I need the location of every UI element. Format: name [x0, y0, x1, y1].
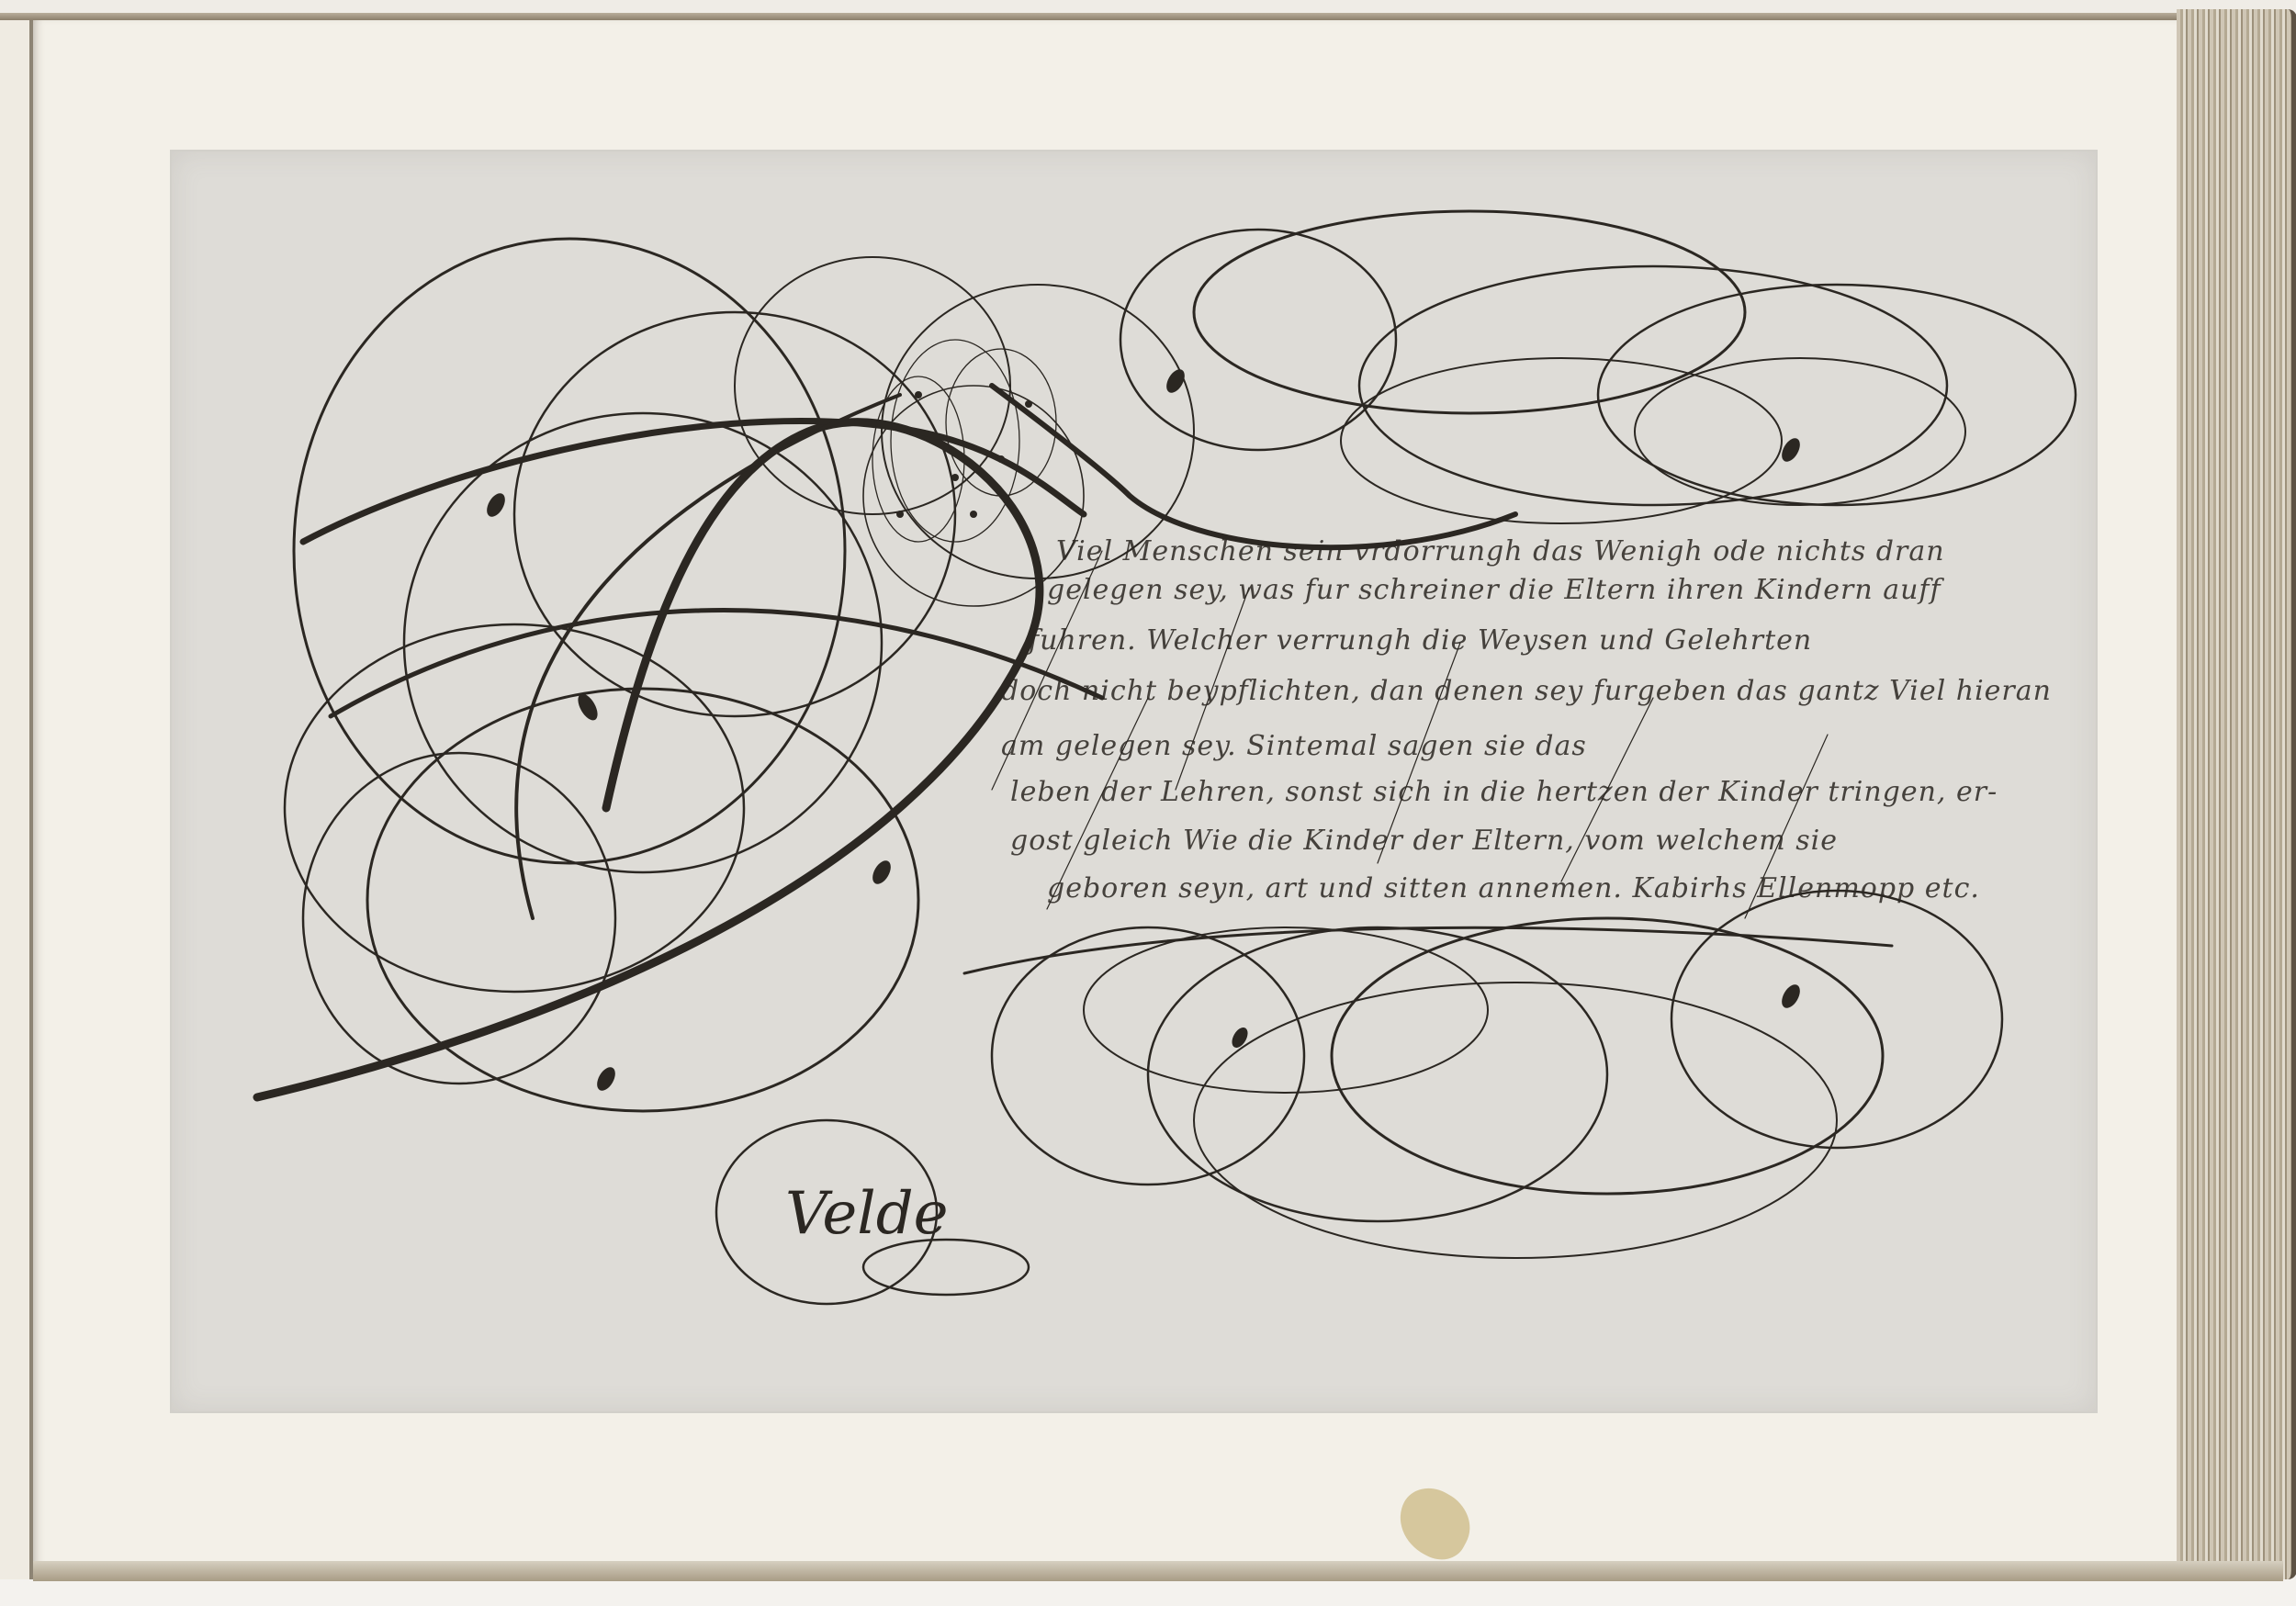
- engraver-signature: Velde: [785, 1180, 949, 1248]
- book-photograph: Viel Menschen sein vrdorrungh das Wenigh…: [0, 0, 2296, 1606]
- calligraphy-line-2: gelegen sey, was fur schreiner die Elter…: [1047, 574, 1941, 606]
- calligraphy-line-8: geboren seyn, art und sitten annemen. Ka…: [1047, 872, 1980, 904]
- calligraphy-line-3: fuhren. Welcher verrungh die Weysen und …: [1029, 624, 1812, 657]
- calligraphy-line-5: am gelegen sey. Sintemal sagen sie das: [1001, 730, 1587, 762]
- calligraphy-line-1: Viel Menschen sein vrdorrungh das Wenigh…: [1056, 535, 1945, 567]
- calligraphy-line-7: gost gleich Wie die Kinder der Eltern, v…: [1010, 825, 1838, 857]
- calligraphy-line-4: doch nicht beypflichten, dan denen sey f…: [1001, 675, 2052, 707]
- calligraphy-line-6: leben der Lehren, sonst sich in die hert…: [1010, 776, 1998, 808]
